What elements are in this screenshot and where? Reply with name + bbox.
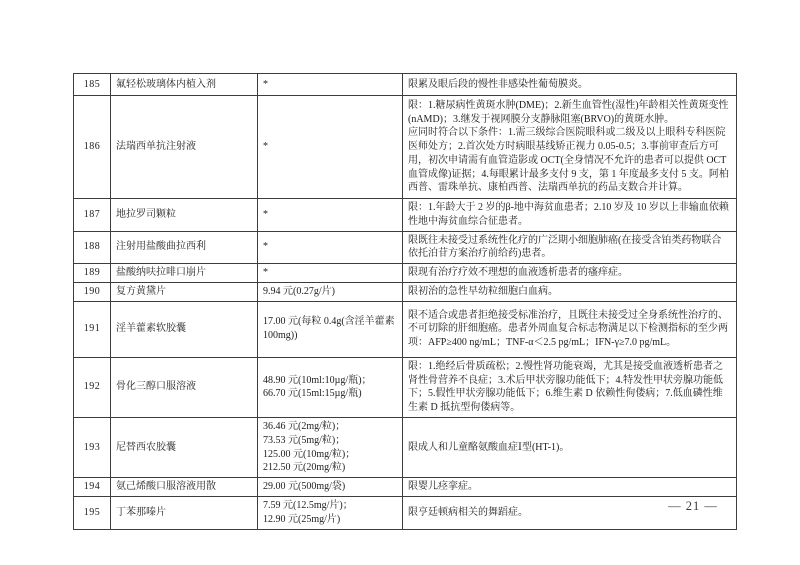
row-index: 188 (74, 231, 111, 264)
drug-restriction: 限婴儿痉挛症。 (403, 478, 737, 497)
drug-restriction: 限累及眼后段的慢性非感染性葡萄膜炎。 (403, 74, 737, 96)
row-index: 189 (74, 264, 111, 283)
drug-price: 17.00 元(每粒 0.4g(含淫羊藿素 100mg)) (258, 301, 403, 357)
drug-price: 9.94 元(0.27g/片) (258, 282, 403, 301)
drug-name: 法瑞西单抗注射液 (111, 96, 258, 199)
drug-name: 氟轻松玻璃体内植入剂 (111, 74, 258, 96)
row-index: 191 (74, 301, 111, 357)
table-row: 188 注射用盐酸曲拉西利 * 限既往未接受过系统性化疗的广泛期小细胞肺癌(在接… (74, 231, 737, 264)
table-row: 189 盐酸纳呋拉啡口崩片 * 限现有治疗疗效不理想的血液透析患者的瘙痒症。 (74, 264, 737, 283)
drug-name: 氨己烯酸口服溶液用散 (111, 478, 258, 497)
drug-restriction: 限成人和儿童酪氨酸血症Ⅰ型(HT-1)。 (403, 417, 737, 477)
drug-name: 地拉罗司颗粒 (111, 199, 258, 232)
drug-name: 盐酸纳呋拉啡口崩片 (111, 264, 258, 283)
drug-price: * (258, 231, 403, 264)
row-index: 194 (74, 478, 111, 497)
drug-restriction: 限：1.年龄大于 2 岁的β-地中海贫血患者；2.10 岁及 10 岁以上非输血… (403, 199, 737, 232)
drug-name: 丁苯那嗪片 (111, 496, 258, 529)
drug-restriction: 限既往未接受过系统性化疗的广泛期小细胞肺癌(在接受含铂类药物联合依托泊苷方案治疗… (403, 231, 737, 264)
table-row: 191 淫羊藿素软胶囊 17.00 元(每粒 0.4g(含淫羊藿素 100mg)… (74, 301, 737, 357)
drug-restriction: 限：1.糖尿病性黄斑水肿(DME)；2.新生血管性(湿性)年龄相关性黄斑变性(n… (403, 96, 737, 199)
drug-restriction-table: 185 氟轻松玻璃体内植入剂 * 限累及眼后段的慢性非感染性葡萄膜炎。 186 … (73, 73, 737, 530)
drug-price: 29.00 元(500mg/袋) (258, 478, 403, 497)
table-row: 185 氟轻松玻璃体内植入剂 * 限累及眼后段的慢性非感染性葡萄膜炎。 (74, 74, 737, 96)
drug-restriction: 限：1.绝经后骨质疏松；2.慢性肾功能衰竭，尤其是接受血液透析患者之肾性骨营养不… (403, 357, 737, 417)
drug-name: 复方黄黛片 (111, 282, 258, 301)
table-row: 192 骨化三醇口服溶液 48.90 元(10ml:10µg/瓶)； 66.70… (74, 357, 737, 417)
row-index: 195 (74, 496, 111, 529)
table-row: 194 氨己烯酸口服溶液用散 29.00 元(500mg/袋) 限婴儿痉挛症。 (74, 478, 737, 497)
drug-name: 尼替西农胶囊 (111, 417, 258, 477)
drug-name: 注射用盐酸曲拉西利 (111, 231, 258, 264)
row-index: 192 (74, 357, 111, 417)
row-index: 187 (74, 199, 111, 232)
drug-price: * (258, 96, 403, 199)
table-row: 187 地拉罗司颗粒 * 限：1.年龄大于 2 岁的β-地中海贫血患者；2.10… (74, 199, 737, 232)
table-row: 195 丁苯那嗪片 7.59 元(12.5mg/片)； 12.90 元(25mg… (74, 496, 737, 529)
drug-name: 淫羊藿素软胶囊 (111, 301, 258, 357)
drug-restriction: 限初治的急性早幼粒细胞白血病。 (403, 282, 737, 301)
drug-price: 48.90 元(10ml:10µg/瓶)； 66.70 元(15ml:15µg/… (258, 357, 403, 417)
table-row: 190 复方黄黛片 9.94 元(0.27g/片) 限初治的急性早幼粒细胞白血病… (74, 282, 737, 301)
row-index: 190 (74, 282, 111, 301)
row-index: 186 (74, 96, 111, 199)
drug-price: 7.59 元(12.5mg/片)； 12.90 元(25mg/片) (258, 496, 403, 529)
table-row: 193 尼替西农胶囊 36.46 元(2mg/粒)； 73.53 元(5mg/粒… (74, 417, 737, 477)
drug-price: * (258, 199, 403, 232)
drug-restriction: 限不适合或患者拒绝接受标准治疗，且既往未接受过全身系统性治疗的、不可切除的肝细胞… (403, 301, 737, 357)
drug-price: * (258, 264, 403, 283)
drug-name: 骨化三醇口服溶液 (111, 357, 258, 417)
row-index: 185 (74, 74, 111, 96)
table-row: 186 法瑞西单抗注射液 * 限：1.糖尿病性黄斑水肿(DME)；2.新生血管性… (74, 96, 737, 199)
row-index: 193 (74, 417, 111, 477)
page-number: — 21 — (648, 499, 738, 514)
drug-price: 36.46 元(2mg/粒)； 73.53 元(5mg/粒)； 125.00 元… (258, 417, 403, 477)
drug-price: * (258, 74, 403, 96)
drug-restriction: 限现有治疗疗效不理想的血液透析患者的瘙痒症。 (403, 264, 737, 283)
document-page: 185 氟轻松玻璃体内植入剂 * 限累及眼后段的慢性非感染性葡萄膜炎。 186 … (0, 0, 800, 565)
